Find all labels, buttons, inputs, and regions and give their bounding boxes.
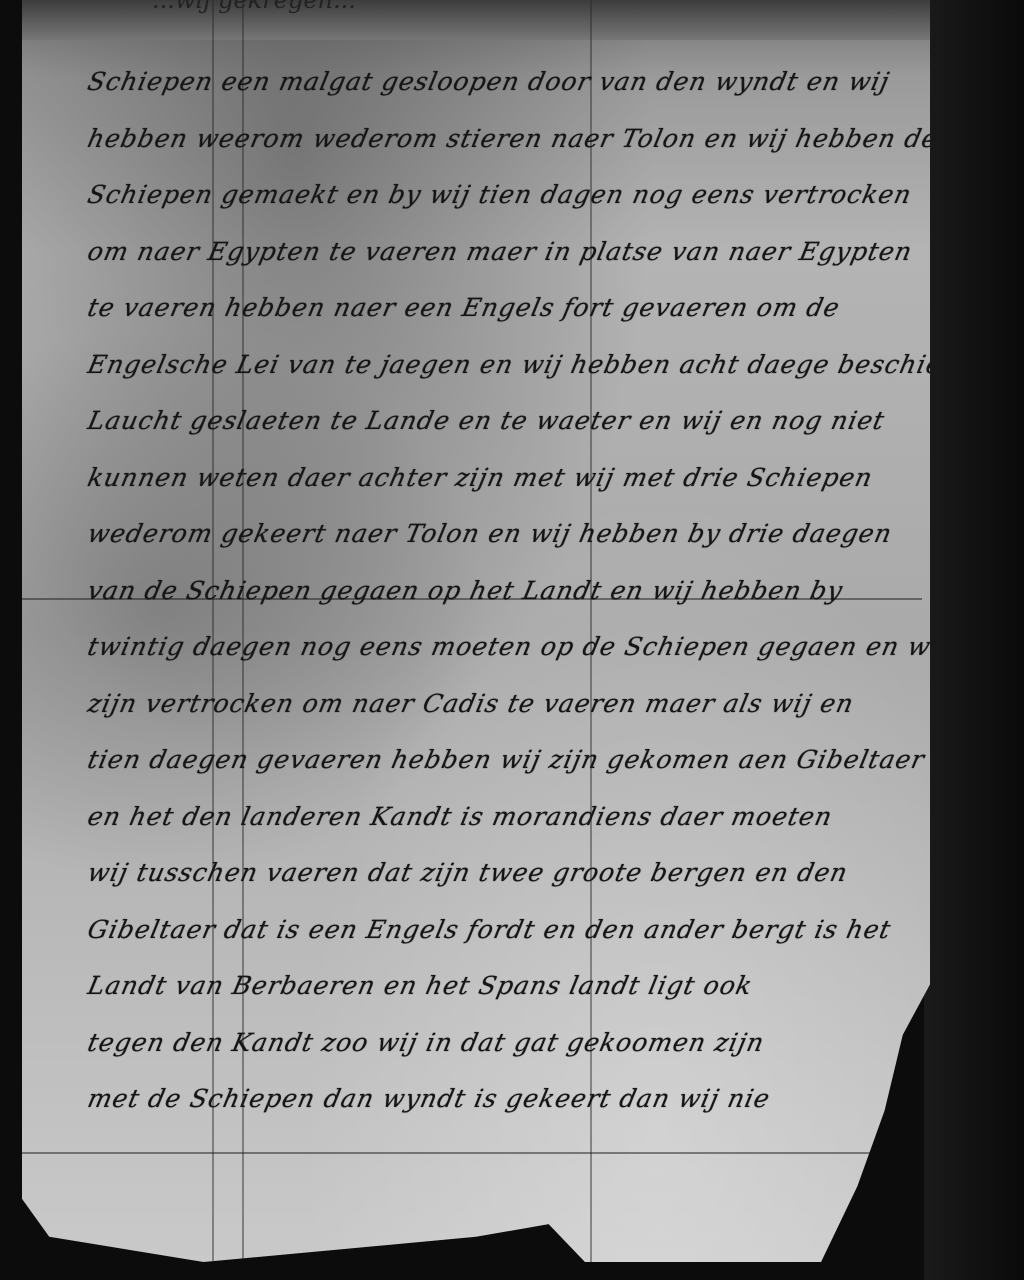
handwritten-text-block: Schiepen een malgat gesloopen door van d…	[88, 54, 948, 1128]
text-line: met de Schiepen dan wyndt is gekeert dan…	[82, 1071, 954, 1128]
text-line: Laucht geslaeten te Lande en te waeter e…	[82, 393, 954, 450]
text-line: twintig daegen nog eens moeten op de Sch…	[82, 619, 954, 676]
text-line: Engelsche Lei van te jaegen en wij hebbe…	[82, 337, 954, 394]
text-line: Landt van Berbaeren en het Spans landt l…	[82, 958, 954, 1015]
text-line: wederom gekeert naer Tolon en wij hebben…	[82, 506, 954, 563]
partial-top-line: ...wij gekregen...	[152, 0, 356, 14]
text-line: Gibeltaer dat is een Engels fordt en den…	[82, 902, 954, 959]
fold-crease-horizontal	[22, 1152, 922, 1154]
text-line: wij tusschen vaeren dat zijn twee groote…	[82, 845, 954, 902]
text-line: en het den landeren Kandt is morandiens …	[82, 789, 954, 846]
text-line: om naer Egypten te vaeren maer in platse…	[82, 224, 954, 281]
text-line: zijn vertrocken om naer Cadis te vaeren …	[82, 676, 954, 733]
text-line: hebben weerom wederom stieren naer Tolon…	[82, 111, 954, 168]
text-line: tegen den Kandt zoo wij in dat gat gekoo…	[82, 1015, 954, 1072]
text-line: Schiepen een malgat gesloopen door van d…	[82, 54, 954, 111]
letter-page: ...wij gekregen... Schiepen een malgat g…	[22, 0, 930, 1262]
text-line: tien daegen gevaeren hebben wij zijn gek…	[82, 732, 954, 789]
text-line: te vaeren hebben naer een Engels fort ge…	[82, 280, 954, 337]
scan-background	[924, 0, 1024, 1280]
text-line: van de Schiepen gegaen op het Landt en w…	[82, 563, 954, 620]
text-line: kunnen weten daer achter zijn met wij me…	[82, 450, 954, 507]
text-line: Schiepen gemaekt en by wij tien dagen no…	[82, 167, 954, 224]
